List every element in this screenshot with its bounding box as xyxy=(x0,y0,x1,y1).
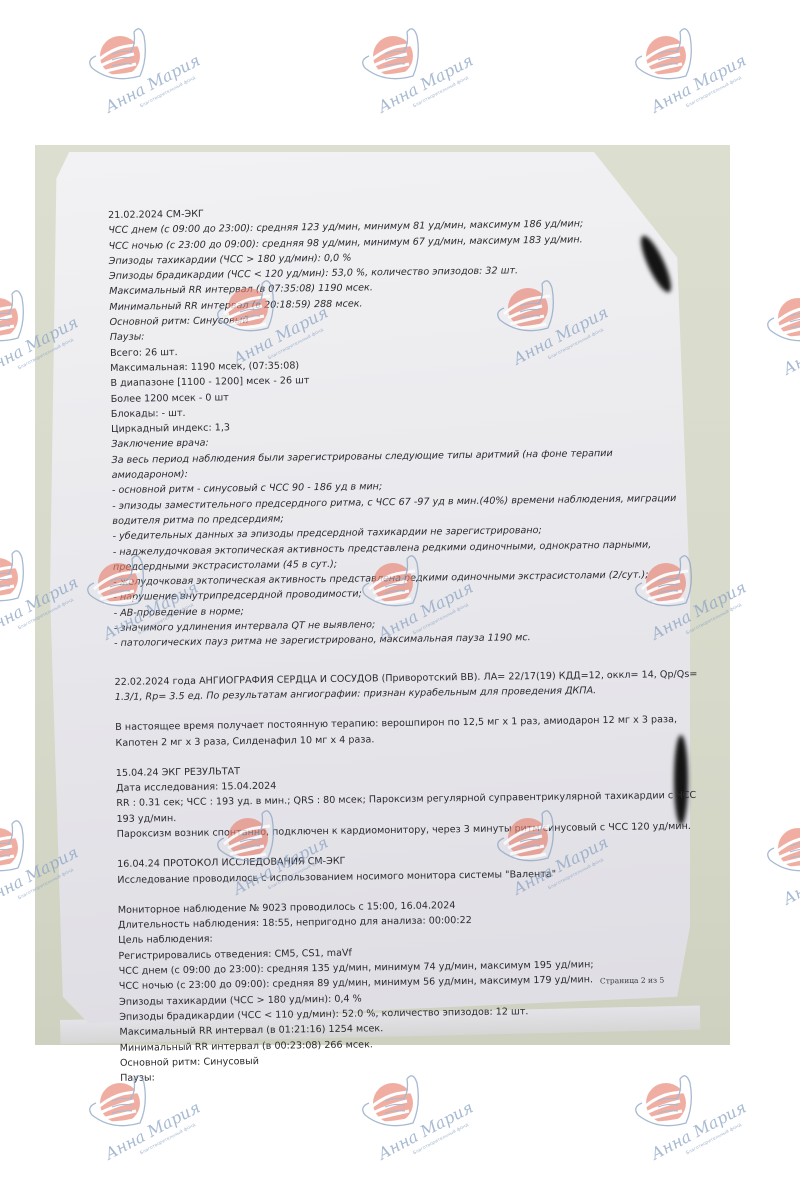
hand-heart-icon xyxy=(760,280,800,350)
hand-heart-icon xyxy=(0,280,40,350)
watermark-subtitle: Благотворительный фонд xyxy=(139,1123,196,1157)
watermark-name: Анна Мария xyxy=(375,1097,477,1163)
watermark-subtitle: Благотворительный фонд xyxy=(412,1123,469,1157)
hand-heart-icon xyxy=(0,540,40,610)
hand-heart-icon xyxy=(628,18,708,88)
watermark-subtitle: Благотворительный фонд xyxy=(412,76,469,110)
hand-heart-icon xyxy=(82,18,162,88)
watermark-name: Анна Мария xyxy=(780,312,800,378)
watermark-logo: Анна Мария Благотворительный фонд xyxy=(355,18,475,128)
watermark-logo: Анна Мария Благотворительный фонд xyxy=(82,18,202,128)
watermark-logo: Анна Мария Благотворительный фонд xyxy=(628,1065,748,1175)
watermark-subtitle: Благотворительный фонд xyxy=(685,1123,742,1157)
watermark-name: Анна Мария xyxy=(648,1097,750,1163)
page-number: Страница 2 из 5 xyxy=(600,976,664,986)
watermark-name: Анна Мария xyxy=(648,50,750,116)
document-text: 21.02.2024 СМ-ЭКГ ЧСС днем (с 09:00 до 2… xyxy=(108,200,690,1086)
watermark-name: Анна Мария xyxy=(102,50,204,116)
hand-heart-icon xyxy=(760,810,800,880)
watermark-subtitle: Благотворительный фонд xyxy=(139,76,196,110)
hand-heart-icon xyxy=(0,810,40,880)
watermark-name: Анна Мария xyxy=(780,842,800,908)
watermark-logo: Анна Мария Благотворительный фонд xyxy=(628,18,748,128)
watermark-subtitle: Благотворительный фонд xyxy=(685,76,742,110)
watermark-name: Анна Мария xyxy=(375,50,477,116)
watermark-name: Анна Мария xyxy=(102,1097,204,1163)
hand-heart-icon xyxy=(355,18,435,88)
watermark-logo: Анна Мария Благотворительный фонд xyxy=(760,810,800,920)
watermark-logo: Анна Мария Благотворительный фонд xyxy=(760,280,800,390)
